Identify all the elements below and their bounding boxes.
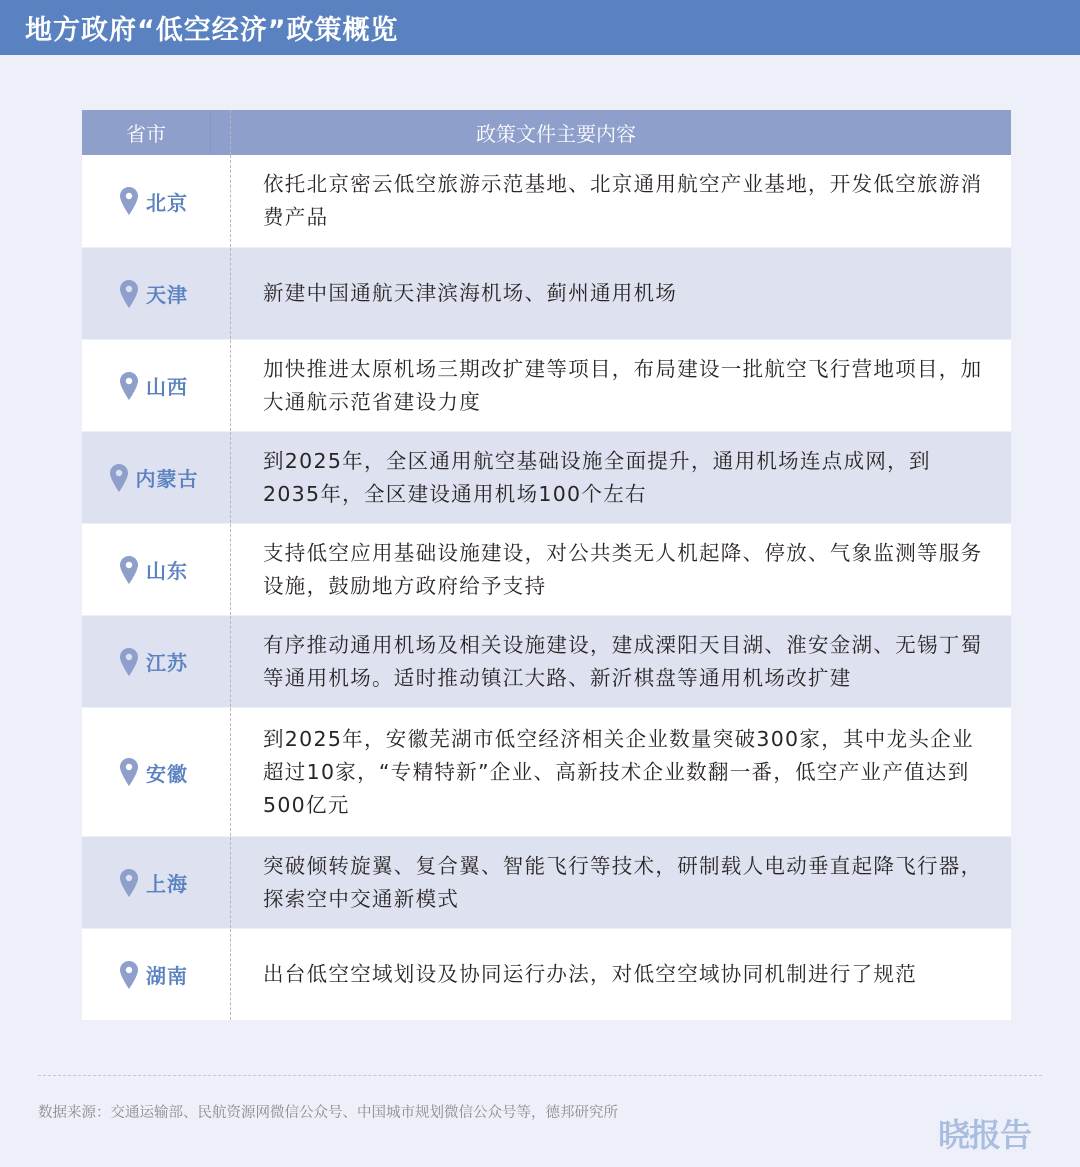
policy-content: 新建中国通航天津滨海机场、蓟州通用机场 (230, 277, 1011, 310)
location-pin-icon (120, 648, 138, 676)
column-divider (230, 432, 231, 523)
location-pin-icon (120, 556, 138, 584)
policy-content: 到2025年，安徽芜湖市低空经济相关企业数量突破300家，其中龙头企业超过10家… (230, 723, 1011, 822)
policy-table: 省市 政策文件主要内容 北京依托北京密云低空旅游示范基地、北京通用航空产业基地，… (82, 110, 1011, 1020)
policy-content: 支持低空应用基础设施建设，对公共类无人机起降、停放、气象监测等服务设施，鼓励地方… (230, 537, 1011, 603)
province-name: 内蒙古 (136, 463, 199, 492)
table-row: 上海突破倾转旋翼、复合翼、智能飞行等技术，研制载人电动垂直起降飞行器，探索空中交… (82, 836, 1011, 928)
title-bar: 地方政府“低空经济”政策概览 (0, 0, 1080, 55)
province-cell: 内蒙古 (82, 463, 230, 492)
province-name: 山东 (146, 555, 188, 584)
policy-content: 依托北京密云低空旅游示范基地、北京通用航空产业基地，开发低空旅游消费产品 (230, 168, 1011, 234)
policy-content: 到2025年，全区通用航空基础设施全面提升，通用机场连点成网，到2035年，全区… (230, 445, 1011, 511)
location-pin-icon (120, 187, 138, 215)
province-cell: 天津 (82, 279, 230, 308)
province-cell: 北京 (82, 187, 230, 216)
column-divider (230, 837, 231, 928)
column-divider (230, 248, 231, 339)
footer-divider (38, 1075, 1042, 1076)
column-header-content: 政策文件主要内容 (231, 110, 1011, 155)
province-cell: 山东 (82, 555, 230, 584)
column-divider (230, 524, 231, 615)
watermark-logo: 晓报告 (938, 1110, 1031, 1156)
data-source-note: 数据来源：交通运输部、民航资源网微信公众号、中国城市规划微信公众号等，德邦研究所 (38, 1101, 618, 1122)
column-divider (230, 708, 231, 836)
table-row: 江苏有序推动通用机场及相关设施建设，建成溧阳天目湖、淮安金湖、无锡丁蜀等通用机场… (82, 615, 1011, 707)
province-name: 江苏 (146, 647, 188, 676)
table-row: 安徽到2025年，安徽芜湖市低空经济相关企业数量突破300家，其中龙头企业超过1… (82, 707, 1011, 836)
policy-content: 加快推进太原机场三期改扩建等项目，布局建设一批航空飞行营地项目，加大通航示范省建… (230, 353, 1011, 419)
table-row: 天津新建中国通航天津滨海机场、蓟州通用机场 (82, 247, 1011, 339)
table-row: 湖南出台低空空域划设及协同运行办法，对低空空域协同机制进行了规范 (82, 928, 1011, 1020)
location-pin-icon (120, 280, 138, 308)
location-pin-icon (120, 961, 138, 989)
province-name: 上海 (146, 868, 188, 897)
column-divider (230, 929, 231, 1020)
column-divider (230, 155, 231, 247)
policy-content: 出台低空空域划设及协同运行办法，对低空空域协同机制进行了规范 (230, 958, 1011, 991)
table-row: 山西加快推进太原机场三期改扩建等项目，布局建设一批航空飞行营地项目，加大通航示范… (82, 339, 1011, 431)
policy-content: 有序推动通用机场及相关设施建设，建成溧阳天目湖、淮安金湖、无锡丁蜀等通用机场。适… (230, 629, 1011, 695)
province-cell: 湖南 (82, 960, 230, 989)
location-pin-icon (120, 372, 138, 400)
location-pin-icon (110, 464, 128, 492)
page-title: 地方政府“低空经济”政策概览 (25, 8, 399, 47)
province-name: 安徽 (146, 758, 188, 787)
table-row: 北京依托北京密云低空旅游示范基地、北京通用航空产业基地，开发低空旅游消费产品 (82, 155, 1011, 247)
province-name: 天津 (146, 279, 188, 308)
table-row: 内蒙古到2025年，全区通用航空基础设施全面提升，通用机场连点成网，到2035年… (82, 431, 1011, 523)
province-cell: 江苏 (82, 647, 230, 676)
province-name: 北京 (146, 187, 188, 216)
table-body: 北京依托北京密云低空旅游示范基地、北京通用航空产业基地，开发低空旅游消费产品天津… (82, 155, 1011, 1020)
column-divider (230, 616, 231, 707)
column-divider (230, 340, 231, 431)
policy-content: 突破倾转旋翼、复合翼、智能飞行等技术，研制载人电动垂直起降飞行器，探索空中交通新… (230, 850, 1011, 916)
location-pin-icon (120, 758, 138, 786)
province-cell: 山西 (82, 371, 230, 400)
province-name: 山西 (146, 371, 188, 400)
column-divider (230, 110, 231, 155)
province-cell: 安徽 (82, 758, 230, 787)
location-pin-icon (120, 869, 138, 897)
province-name: 湖南 (146, 960, 188, 989)
table-header: 省市 政策文件主要内容 (82, 110, 1011, 155)
table-row: 山东支持低空应用基础设施建设，对公共类无人机起降、停放、气象监测等服务设施，鼓励… (82, 523, 1011, 615)
column-header-province: 省市 (82, 110, 211, 155)
province-cell: 上海 (82, 868, 230, 897)
